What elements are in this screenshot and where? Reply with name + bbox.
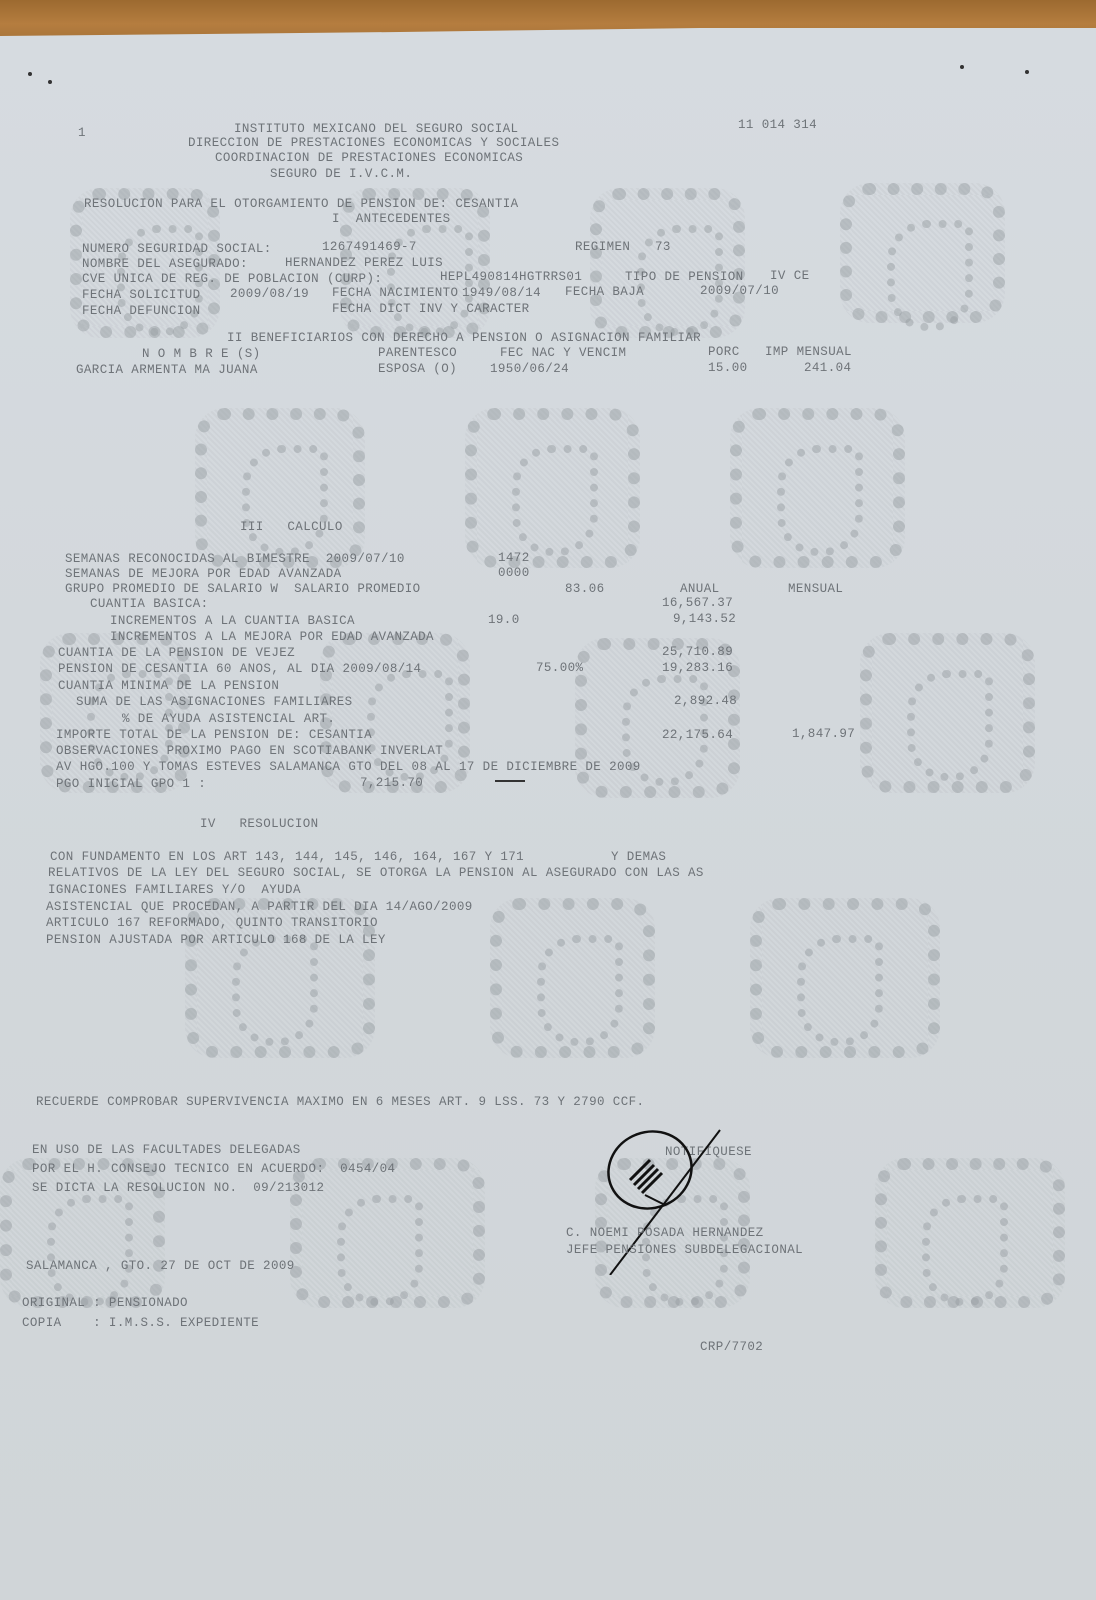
ink-speck — [28, 72, 32, 76]
imss-watermark-logo — [750, 898, 940, 1058]
insurance-name: SEGURO DE I.V.C.M. — [270, 167, 412, 182]
reference-number: 11 014 314 — [738, 118, 817, 133]
severance-pension-value: 19,283.16 — [662, 661, 733, 676]
beneficiary-relationship: ESPOSA (O) — [378, 362, 457, 377]
coordination-name: COORDINACION DE PRESTACIONES ECONOMICAS — [215, 151, 523, 166]
resolution-line: ARTICULO 167 REFORMADO, QUINTO TRANSITOR… — [46, 916, 378, 931]
beneficiary-name: GARCIA ARMENTA MA JUANA — [76, 363, 258, 378]
resolution-line: RELATIVOS DE LA LEY DEL SEGURO SOCIAL, S… — [48, 866, 704, 881]
section-heading-calculation: III CALCULO — [240, 520, 343, 535]
pension-type-label: TIPO DE PENSION — [625, 270, 744, 285]
imss-watermark-logo — [875, 1158, 1065, 1308]
document-title: RESOLUCION PARA EL OTORGAMIENTO DE PENSI… — [84, 197, 519, 212]
nss-label: NUMERO SEGURIDAD SOCIAL: — [82, 242, 272, 257]
insured-name-label: NOMBRE DEL ASEGURADO: — [82, 257, 248, 272]
birth-date-label: FECHA NACIMIENTO — [332, 286, 458, 301]
invalidity-date-label: FECHA DICT INV Y CARACTER — [332, 302, 530, 317]
request-date-value: 2009/08/19 — [230, 287, 309, 302]
imss-watermark-logo — [590, 188, 745, 338]
severance-pension-label: PENSION DE CESANTIA 60 ANOS, AL DIA 2009… — [58, 662, 421, 677]
place-and-date: SALAMANCA , GTO. 27 DE OCT DE 2009 — [26, 1259, 295, 1274]
ink-speck — [1025, 70, 1029, 74]
beneficiary-monthly-amount: 241.04 — [804, 361, 851, 376]
resolution-number: SE DICTA LA RESOLUCION NO. 09/213012 — [32, 1181, 324, 1196]
family-allowances-value: 2,892.48 — [674, 694, 737, 709]
column-header-relationship: PARENTESCO — [378, 346, 457, 361]
weeks-recognized-label: SEMANAS RECONOCIDAS AL BIMESTRE 2009/07/… — [65, 552, 405, 567]
column-header-birth-date: FEC NAC Y VENCIM — [500, 346, 626, 361]
imss-watermark-logo — [840, 183, 1005, 323]
imss-watermark-logo — [860, 633, 1035, 793]
ink-speck — [960, 65, 964, 69]
imss-watermark-logo — [195, 408, 365, 568]
resolution-line: IGNACIONES FAMILIARES Y/O AYUDA — [48, 883, 301, 898]
resolution-line: ASISTENCIAL QUE PROCEDAN, A PARTIR DEL D… — [46, 900, 473, 915]
request-date-label: FECHA SOLICITUD — [82, 288, 201, 303]
total-pension-label: IMPORTE TOTAL DE LA PENSION DE: CESANTIA — [56, 728, 372, 743]
regimen-value: 73 — [655, 240, 671, 255]
insured-name-value: HERNANDEZ PEREZ LUIS — [285, 256, 443, 271]
column-header-monthly-amount: IMP MENSUAL — [765, 345, 852, 360]
family-allowances-label: SUMA DE LAS ASIGNACIONES FAMILIARES — [76, 695, 353, 710]
total-pension-annual: 22,175.64 — [662, 728, 733, 743]
initial-payment-label: PGO INICIAL GPO 1 : — [56, 777, 206, 792]
assistance-label: % DE AYUDA ASISTENCIAL ART. — [122, 712, 335, 727]
nss-value: 1267491469-7 — [322, 240, 417, 255]
column-header-monthly: MENSUAL — [788, 582, 843, 597]
beneficiary-percentage: 15.00 — [708, 361, 748, 376]
imss-watermark-logo — [465, 408, 640, 568]
death-date-label: FECHA DEFUNCION — [82, 304, 201, 319]
copy-recipient: COPIA : I.M.S.S. EXPEDIENTE — [22, 1316, 259, 1331]
age-improvement-increments-label: INCREMENTOS A LA MEJORA POR EDAD AVANZAD… — [110, 630, 434, 645]
resolution-line: CON FUNDAMENTO EN LOS ART 143, 144, 145,… — [50, 850, 666, 865]
ink-speck — [48, 80, 52, 84]
birth-date-value: 1949/08/14 — [462, 286, 541, 301]
resolution-line: PENSION AJUSTADA POR ARTICULO 168 DE LA … — [46, 933, 386, 948]
termination-date-label: FECHA BAJA — [565, 285, 644, 300]
basic-increments-percentage: 19.0 — [488, 613, 520, 628]
weeks-improvement-value: 0000 — [498, 566, 530, 581]
termination-date-value: 2009/07/10 — [700, 284, 779, 299]
section-heading-resolution: IV RESOLUCION — [200, 817, 319, 832]
document-code: CRP/7702 — [700, 1340, 763, 1355]
basic-amount-label: CUANTIA BASICA: — [90, 597, 209, 612]
basic-amount-value: 16,567.37 — [662, 596, 733, 611]
column-header-annual: ANUAL — [680, 582, 720, 597]
payment-address: AV HGO.100 Y TOMAS ESTEVES SALAMANCA GTO… — [56, 760, 641, 775]
pension-type-value: IV CE — [770, 269, 810, 284]
delegated-powers: EN USO DE LAS FACULTADES DELEGADAS — [32, 1143, 301, 1158]
imss-watermark-logo — [730, 408, 905, 568]
imss-watermark-logo — [490, 898, 655, 1058]
curp-label: CVE UNICA DE REG. DE POBLACION (CURP): — [82, 272, 382, 287]
handwritten-underline — [495, 780, 525, 782]
survival-reminder: RECUERDE COMPROBAR SUPERVIVENCIA MAXIMO … — [36, 1095, 644, 1110]
direction-name: DIRECCION DE PRESTACIONES ECONOMICAS Y S… — [188, 136, 559, 151]
institution-name: INSTITUTO MEXICANO DEL SEGURO SOCIAL — [234, 122, 518, 137]
old-age-pension-label: CUANTIA DE LA PENSION DE VEJEZ — [58, 646, 295, 661]
curp-value: HEPL490814HGTRRS01 — [440, 270, 582, 285]
beneficiary-birth-date: 1950/06/24 — [490, 362, 569, 377]
old-age-pension-value: 25,710.89 — [662, 645, 733, 660]
weeks-improvement-label: SEMANAS DE MEJORA POR EDAD AVANZADA — [65, 567, 342, 582]
council-agreement: POR EL H. CONSEJO TECNICO EN ACUERDO: 04… — [32, 1162, 395, 1177]
weeks-recognized-value: 1472 — [498, 551, 530, 566]
minimum-pension-label: CUANTIA MINIMA DE LA PENSION — [58, 679, 279, 694]
observations: OBSERVACIONES PROXIMO PAGO EN SCOTIABANK… — [56, 744, 443, 759]
column-header-name: N O M B R E (S) — [142, 347, 261, 362]
average-salary-value: 83.06 — [565, 582, 605, 597]
basic-increments-value: 9,143.52 — [673, 612, 736, 627]
basic-increments-label: INCREMENTOS A LA CUANTIA BASICA — [110, 614, 355, 629]
total-pension-monthly: 1,847.97 — [792, 727, 855, 742]
initial-payment-value: 7,215.70 — [360, 776, 423, 791]
regimen-label: REGIMEN — [575, 240, 630, 255]
severance-pension-percentage: 75.00% — [536, 661, 583, 676]
page-number: 1 — [78, 126, 86, 141]
signatory-name: C. NOEMI POSADA HERNANDEZ — [566, 1226, 764, 1241]
column-header-percentage: PORC — [708, 345, 740, 360]
signatory-title: JEFE PENSIONES SUBDELEGACIONAL — [566, 1243, 803, 1258]
section-heading-antecedentes: I ANTECEDENTES — [332, 212, 451, 227]
original-recipient: ORIGINAL : PENSIONADO — [22, 1296, 188, 1311]
average-salary-label: GRUPO PROMEDIO DE SALARIO W SALARIO PROM… — [65, 582, 421, 597]
section-heading-beneficiaries: II BENEFICIARIOS CON DERECHO A PENSION O… — [227, 331, 701, 346]
